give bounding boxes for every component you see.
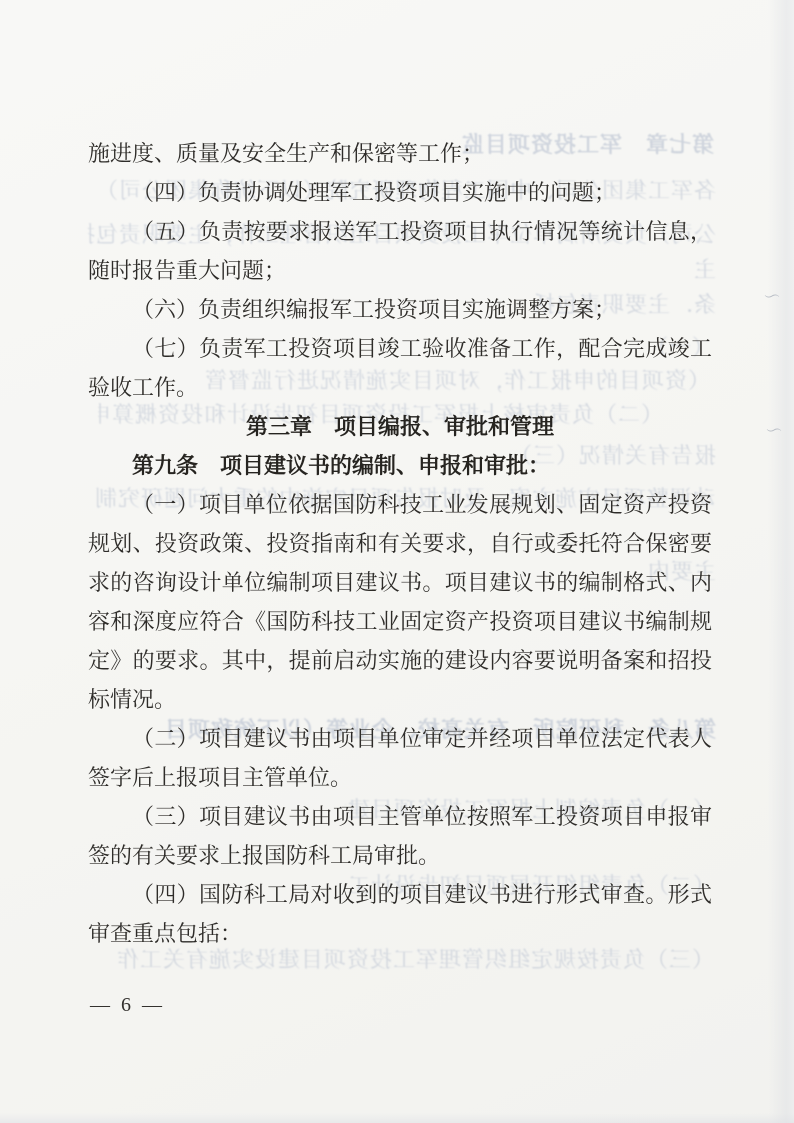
paragraph-item-5: （五）负责按要求报送军工投资项目执行情况等统计信息，随时报告重大问题； [88,212,712,290]
paragraph-clause-4: （四）国防科工局对收到的项目建议书进行形式审查。形式审查重点包括： [88,875,712,953]
scanned-document-page: 第七章 军工投资项目监督管理各军工集团公司、中国工程物理研究院（以下统称集团公司… [0,0,794,1123]
scan-edge-shadow-bottom [0,1113,794,1123]
pencil-mark-artifact: 〜 [756,420,782,444]
chapter-heading: 第三章 项目编报、审批和管理 [88,407,712,446]
paragraph-clause-3: （三）项目建议书由项目主管单位按照军工投资项目申报审签的有关要求上报国防科工局审… [88,797,712,875]
paragraph-clause-2: （二）项目建议书由项目单位审定并经项目单位法定代表人签字后上报项目主管单位。 [88,719,712,797]
paragraph-item-4: （四）负责协调处理军工投资项目实施中的问题； [88,173,712,212]
page-content: 施进度、质量及安全生产和保密等工作； （四）负责协调处理军工投资项目实施中的问题… [88,0,712,953]
paragraph-clause-1: （一）项目单位依据国防科技工业发展规划、固定资产投资规划、投资政策、投资指南和有… [88,485,712,719]
page-number: — 6 — [90,994,165,1017]
paragraph-item-6: （六）负责组织编报军工投资项目实施调整方案； [88,290,712,329]
pencil-mark-artifact: 〜 [752,286,780,310]
paragraph-item-7: （七）负责军工投资项目竣工验收准备工作，配合完成竣工验收工作。 [88,329,712,407]
scan-edge-shadow-right [768,0,794,1123]
paragraph-continuation: 施进度、质量及安全生产和保密等工作； [88,134,712,173]
article-heading: 第九条 项目建议书的编制、申报和审批： [88,446,712,485]
